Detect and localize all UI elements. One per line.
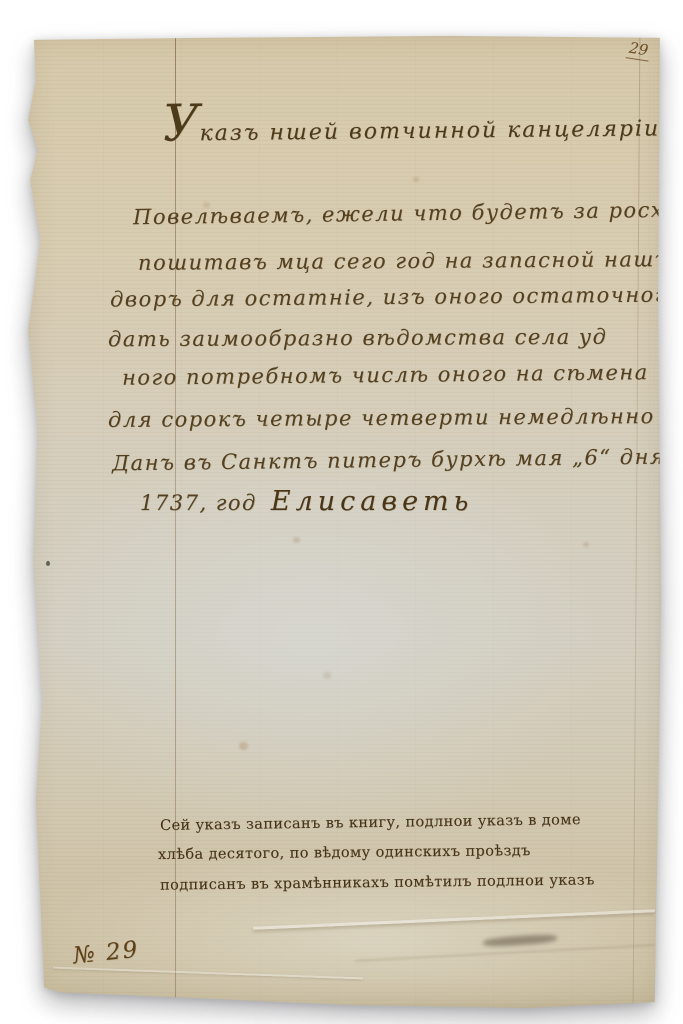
handwritten-line: Повелѣваемъ, ежели что будетъ за росходо… [133, 197, 683, 229]
smudge-stain [483, 933, 557, 947]
handwritten-line: пошитавъ мца сего год на запасной нашъ [138, 247, 670, 275]
foxing-spot [323, 672, 331, 679]
signature-elisaveta: Елисаветь [271, 486, 474, 517]
paper-shadow: 29 Указъ ншей вотчинной канцеляріи Повел… [0, 0, 683, 1024]
speck-stain [46, 561, 50, 566]
foxing-spot [413, 177, 419, 182]
page-number: 29 [626, 38, 652, 61]
handwritten-line: дворъ для остатніе, изъ оного остаточног… [110, 283, 681, 312]
clerk-note-line: Сей указъ записанъ въ книгу, подлнои ука… [160, 812, 581, 834]
handwritten-line: ного потребномъ числѣ оного на сѣмена [122, 360, 649, 390]
document-heading: Указъ ншей вотчинной канцеляріи [163, 115, 660, 146]
fold-crease [53, 967, 363, 980]
foxing-spot [239, 742, 248, 750]
handwritten-line: для сорокъ четыре четверти немедлѣнно [108, 404, 655, 432]
clerk-note-line: подписанъ въ храмѣнникахъ помѣтилъ подлн… [160, 872, 595, 893]
clerk-note-line: хлѣба десятого, по вѣдому одинскихъ проѣ… [158, 843, 531, 863]
date-text: 1737, год [140, 491, 257, 515]
right-margin-fold-line [633, 34, 641, 1009]
date-signature-line: 1737, годЕлисаветь [140, 486, 473, 517]
archive-number: № 29 [72, 937, 141, 970]
handwritten-line: Данъ въ Санктъ питеръ бурхѣ мая „6“ дня [112, 445, 666, 476]
foxing-spot [293, 537, 300, 543]
manuscript-page: 29 Указъ ншей вотчинной канцеляріи Повел… [25, 34, 663, 1009]
fold-crease [355, 944, 655, 962]
foxing-spot [583, 542, 589, 547]
ink-stain [28, 572, 33, 614]
fold-crease [253, 909, 655, 930]
photo-background: 29 Указъ ншей вотчинной канцеляріи Повел… [0, 0, 683, 1024]
handwritten-line: дать заимообразно вѣдомства села уд [108, 325, 608, 352]
